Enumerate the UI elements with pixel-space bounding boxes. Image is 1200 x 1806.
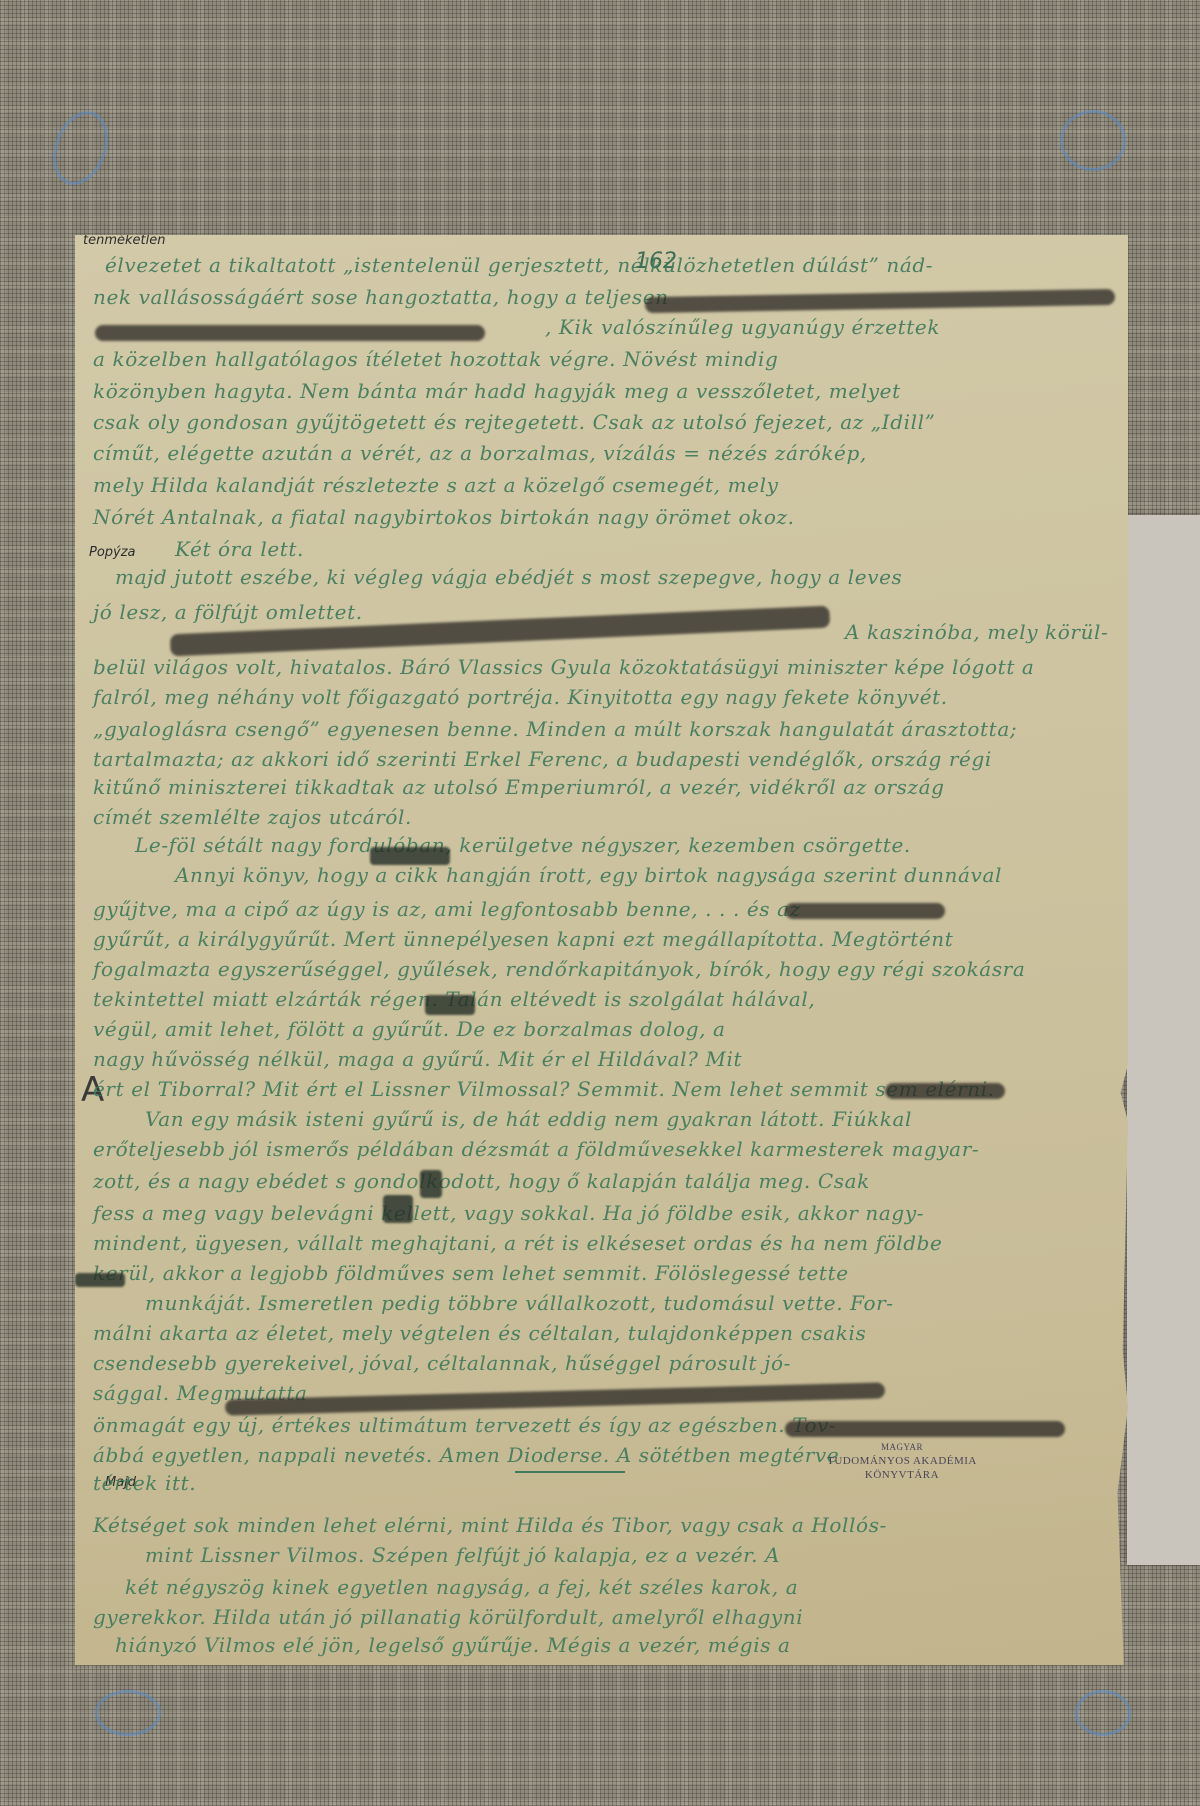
underline: [515, 1471, 625, 1473]
text-line: közönyben hagyta. Nem bánta már hadd hag…: [93, 379, 901, 403]
text-line: fogalmazta egyszerűséggel, gyűlések, ren…: [93, 957, 1025, 981]
strikethrough: [785, 1421, 1065, 1437]
text-line: csak oly gondosan gyűjtögetett és rejteg…: [93, 410, 936, 434]
text-line: nagy hűvösség nélkül, maga a gyűrű. Mit …: [93, 1047, 742, 1071]
text-line: belül világos volt, hivatalos. Báró Vlas…: [93, 655, 1034, 679]
text-line: majd jutott eszébe, ki végleg vágja ebéd…: [115, 565, 902, 589]
ink-blot: [370, 847, 450, 865]
text-line: mely Hilda kalandját részletezte s azt a…: [93, 473, 779, 497]
text-line: kerül, akkor a legjobb földműves sem leh…: [93, 1261, 849, 1285]
strikethrough: [95, 325, 485, 341]
text-line: falról, meg néhány volt főigazgató portr…: [93, 685, 948, 709]
text-line: gyűjtve, ma a cipő az úgy is az, ami leg…: [93, 897, 801, 921]
text-line: erőteljesebb jól ismerős példában dézsmá…: [93, 1137, 979, 1161]
blue-pencil-mark-top-left: [44, 104, 118, 193]
ink-blot: [75, 1273, 125, 1287]
blue-pencil-mark-bottom-right: [1075, 1690, 1131, 1736]
strikethrough: [885, 1083, 1005, 1099]
ink-blot: [383, 1195, 413, 1223]
text-line: Van egy másik isteni gyűrű is, de hát ed…: [145, 1107, 912, 1131]
blue-pencil-mark-top-right: [1060, 110, 1126, 171]
stamp-line-3: KÖNYVTÁRA: [827, 1468, 977, 1482]
text-line: fess a meg vagy belevágni kellett, vagy …: [93, 1201, 924, 1225]
text-line: két négyszög kinek egyetlen nagyság, a f…: [125, 1575, 798, 1599]
manuscript-page: 162 tenméketlen Popýza A Majd élvezetet …: [75, 235, 1128, 1665]
text-line: zott, és a nagy ebédet s gondolkodott, h…: [93, 1169, 870, 1193]
text-line: Annyi könyv, hogy a cikk hangján írott, …: [175, 863, 1002, 887]
text-line: csendesebb gyerekeivel, jóval, céltalann…: [93, 1351, 791, 1375]
text-line: tértek itt.: [93, 1471, 196, 1495]
text-line: gyűrűt, a királygyűrűt. Mert ünnepélyese…: [93, 927, 953, 951]
text-line: ért el Tiborral? Mit ért el Lissner Vilm…: [93, 1077, 995, 1101]
ink-blot: [420, 1170, 442, 1198]
text-line: nek vallásosságáért sose hangoztatta, ho…: [93, 285, 669, 309]
stamp-line-2: TUDOMÁNYOS AKADÉMIA: [827, 1454, 977, 1468]
text-line: Le-föl sétált nagy fordulóban, kerülgetv…: [135, 833, 911, 857]
text-line: élvezetet a tikaltatott „istentelenül ge…: [105, 253, 933, 277]
text-line: munkáját. Ismeretlen pedig többre vállal…: [145, 1291, 894, 1315]
text-line: , Kik valószínűleg ugyanúgy érzettek: [545, 315, 940, 339]
text-line: Kétséget sok minden lehet elérni, mint H…: [93, 1513, 887, 1537]
text-line: gyerekkor. Hilda után jó pillanatig körü…: [93, 1605, 803, 1629]
text-line: címűt, elégette azután a vérét, az a bor…: [93, 441, 867, 465]
strikethrough: [785, 903, 945, 919]
blue-pencil-mark-bottom-left: [95, 1690, 161, 1736]
strikethrough: [645, 289, 1115, 313]
library-stamp: MAGYAR TUDOMÁNYOS AKADÉMIA KÖNYVTÁRA: [827, 1440, 977, 1482]
text-line: Nórét Antalnak, a fiatal nagybirtokos bi…: [93, 505, 795, 529]
text-line: mint Lissner Vilmos. Szépen felfújt jó k…: [145, 1543, 780, 1567]
text-line: címét szemlélte zajos utcáról.: [93, 805, 412, 829]
text-line: ábbá egyetlen, nappali nevetés. Amen Dio…: [93, 1443, 839, 1467]
text-line: önmagát egy új, értékes ultimátum tervez…: [93, 1413, 836, 1437]
text-line: mindent, ügyesen, vállalt meghajtani, a …: [93, 1231, 942, 1255]
text-line: Két óra lett.: [175, 537, 304, 561]
strikethrough: [225, 1382, 885, 1415]
backing-card: [1127, 515, 1200, 1565]
margin-note-left-mid: Popýza: [89, 545, 136, 560]
text-line: „gyaloglásra csengő” egyenesen benne. Mi…: [93, 717, 1017, 741]
text-line: jó lesz, a fölfújt omlettet.: [93, 600, 363, 624]
text-line: A kaszinóba, mely körül-: [845, 620, 1108, 644]
text-line: málni akarta az életet, mely végtelen és…: [93, 1321, 866, 1345]
text-line: a közelben hallgatólagos ítéletet hozott…: [93, 347, 778, 371]
ink-blot: [425, 995, 475, 1015]
stamp-line-1: MAGYAR: [827, 1440, 977, 1454]
text-line: végül, amit lehet, fölött a gyűrűt. De e…: [93, 1017, 726, 1041]
text-line: kitűnő miniszterei tikkadtak az utolsó E…: [93, 775, 945, 799]
text-line: hiányzó Vilmos elé jön, legelső gyűrűje.…: [115, 1633, 791, 1657]
margin-note-top-left: tenméketlen: [83, 233, 165, 248]
text-line: tartalmazta; az akkori idő szerinti Erke…: [93, 747, 992, 771]
